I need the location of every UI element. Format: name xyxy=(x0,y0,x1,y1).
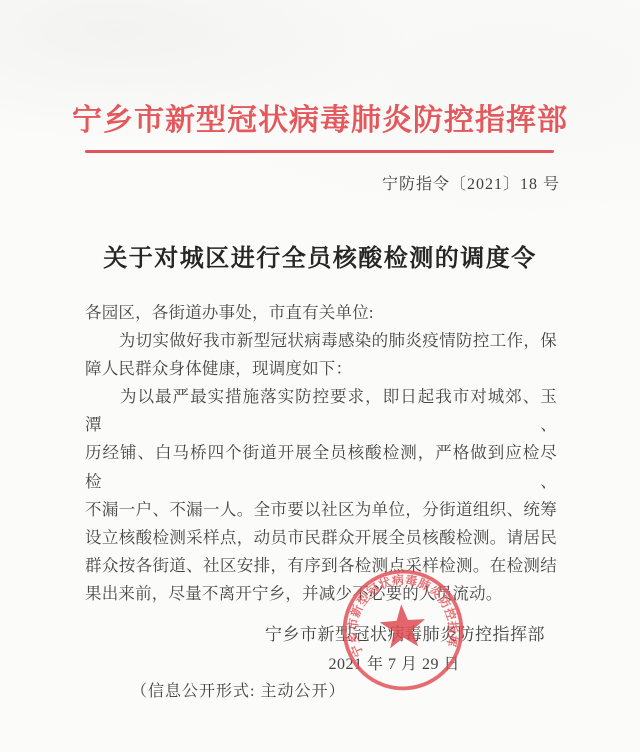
body-text: 各园区，各街道办事处，市直有关单位: 为切实做好我市新型冠状病毒感染的肺炎疫情防… xyxy=(85,299,557,608)
body-line: 历经铺、白马桥四个街道开展全员核酸检测，严格做到应检尽检、 xyxy=(85,439,557,495)
body-line: 果出来前，尽量不离开宁乡，并减少不必要的人员流动。 xyxy=(85,580,557,608)
body-line-salutation: 各园区，各街道办事处，市直有关单位: xyxy=(85,299,557,327)
body-line: 群众按各街道、社区安排，有序到各检测点采样检测。在检测结 xyxy=(85,552,557,580)
signature-date: 2021 年 7 月 29 日 xyxy=(328,651,460,674)
signature-org: 宁乡市新型冠状病毒肺炎防控指挥部 xyxy=(265,620,545,645)
footer-note: （信息公开形式: 主动公开） xyxy=(131,678,345,701)
body-line: 为以最严最实措施落实防控要求，即日起我市对城郊、玉潭、 xyxy=(85,383,557,439)
doc-number: 宁防指令〔2021〕18 号 xyxy=(382,171,560,194)
body-line: 不漏一户、不漏一人。全市要以社区为单位，分街道组织、统筹 xyxy=(85,496,557,524)
document-page: 宁乡市新型冠状病毒肺炎防控指挥部 宁防指令〔2021〕18 号 关于对城区进行全… xyxy=(0,0,640,752)
body-line: 障人民群众身体健康，现调度如下： xyxy=(85,355,557,383)
body-line: 为切实做好我市新型冠状病毒感染的肺炎疫情防控工作，保 xyxy=(85,327,557,355)
doc-title: 关于对城区进行全员核酸检测的调度令 xyxy=(0,238,640,273)
red-divider xyxy=(85,150,554,153)
org-title: 宁乡市新型冠状病毒肺炎防控指挥部 xyxy=(0,95,640,139)
body-line: 设立核酸检测采样点，动员市民群众开展全员核酸检测。请居民 xyxy=(85,524,557,552)
